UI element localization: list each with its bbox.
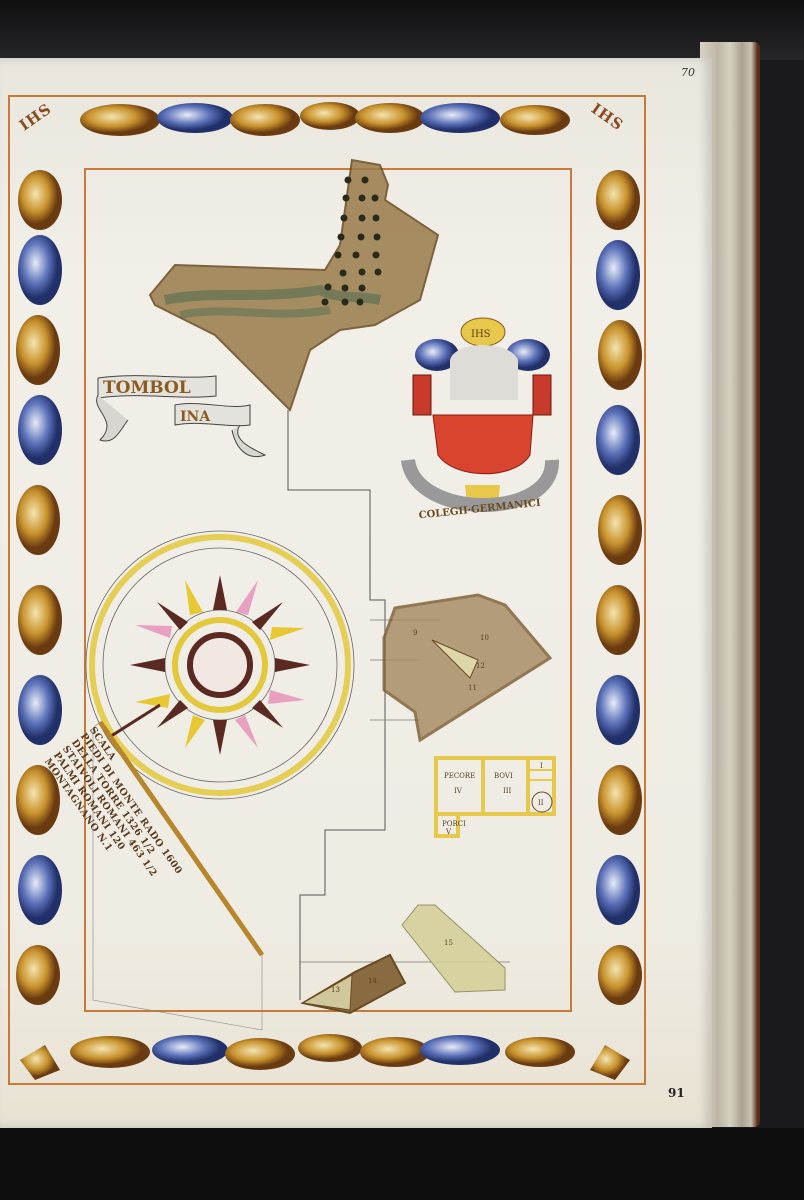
parcel-label-13: 13: [331, 986, 340, 994]
room-i-number: I: [540, 762, 543, 770]
room-porci-number: V: [445, 828, 452, 836]
main-parcel: [150, 160, 438, 410]
building-plan: PECORE IV BOVI III II I PORCI V: [436, 758, 554, 836]
parcel-label-12: 12: [476, 662, 485, 670]
estate-map: 9 10 11 12 13 14 15: [0, 0, 804, 1200]
room-bovi-label: BOVI: [494, 772, 513, 780]
room-bovi-number: III: [503, 787, 512, 795]
parcel-label-15: 15: [444, 939, 453, 947]
title-banner: TOMBOL INA: [97, 376, 265, 457]
title-banner-line1: TOMBOL: [103, 378, 191, 398]
parcel-label-11: 11: [468, 684, 477, 692]
parcel-label-14: 14: [368, 977, 377, 985]
coat-of-arms-ihs: IHS: [471, 329, 491, 340]
room-ii-number: II: [538, 799, 544, 807]
room-porci-label: PORCI: [442, 820, 466, 828]
coat-of-arms: IHS COLEGII·GERMANICI: [408, 318, 552, 521]
title-banner-line2: INA: [180, 409, 211, 425]
room-pecore-number: IV: [454, 787, 463, 795]
parcel-label-9: 9: [413, 629, 417, 637]
room-pecore-label: PECORE: [444, 772, 475, 780]
parcel-label-10: 10: [480, 634, 489, 642]
